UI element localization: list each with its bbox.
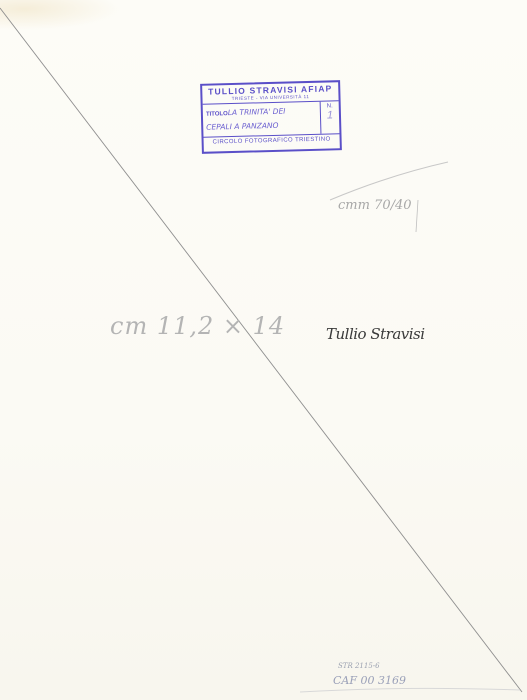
- stamp-club: CIRCOLO FOTOGRAFICO TRIESTINO: [204, 134, 340, 148]
- print-size-note: cm 11,2 × 14: [110, 312, 285, 340]
- archive-code-line2: CAF 00 3169: [333, 674, 406, 687]
- bottom-edge-line: [300, 688, 520, 692]
- archive-code-line1: STR 2115-6: [338, 662, 380, 670]
- stamp-title-label: TITOLO: [206, 111, 228, 118]
- frame-size-note: cmm 70/40: [338, 198, 412, 213]
- stamp-title-block: TITOLOLA TRINITA' DEI CEPALI A PANZANO: [203, 102, 321, 137]
- photographer-stamp: TULLIO STRAVISI AFIAP TRIESTE - VIA UNIV…: [200, 80, 342, 154]
- curved-pencil-stroke: [330, 162, 448, 200]
- frame-note-divider: [416, 200, 418, 232]
- signature: Tullio Stravisi: [326, 325, 425, 343]
- stamp-title-section: TITOLOLA TRINITA' DEI CEPALI A PANZANO N…: [203, 101, 340, 138]
- stamp-title-line2: CEPALI A PANZANO: [206, 119, 317, 134]
- stamp-number-value: 1: [321, 109, 339, 121]
- stamp-title-line1: LA TRINITA' DEI: [228, 107, 286, 118]
- stamp-number-cell: N. 1: [320, 101, 340, 133]
